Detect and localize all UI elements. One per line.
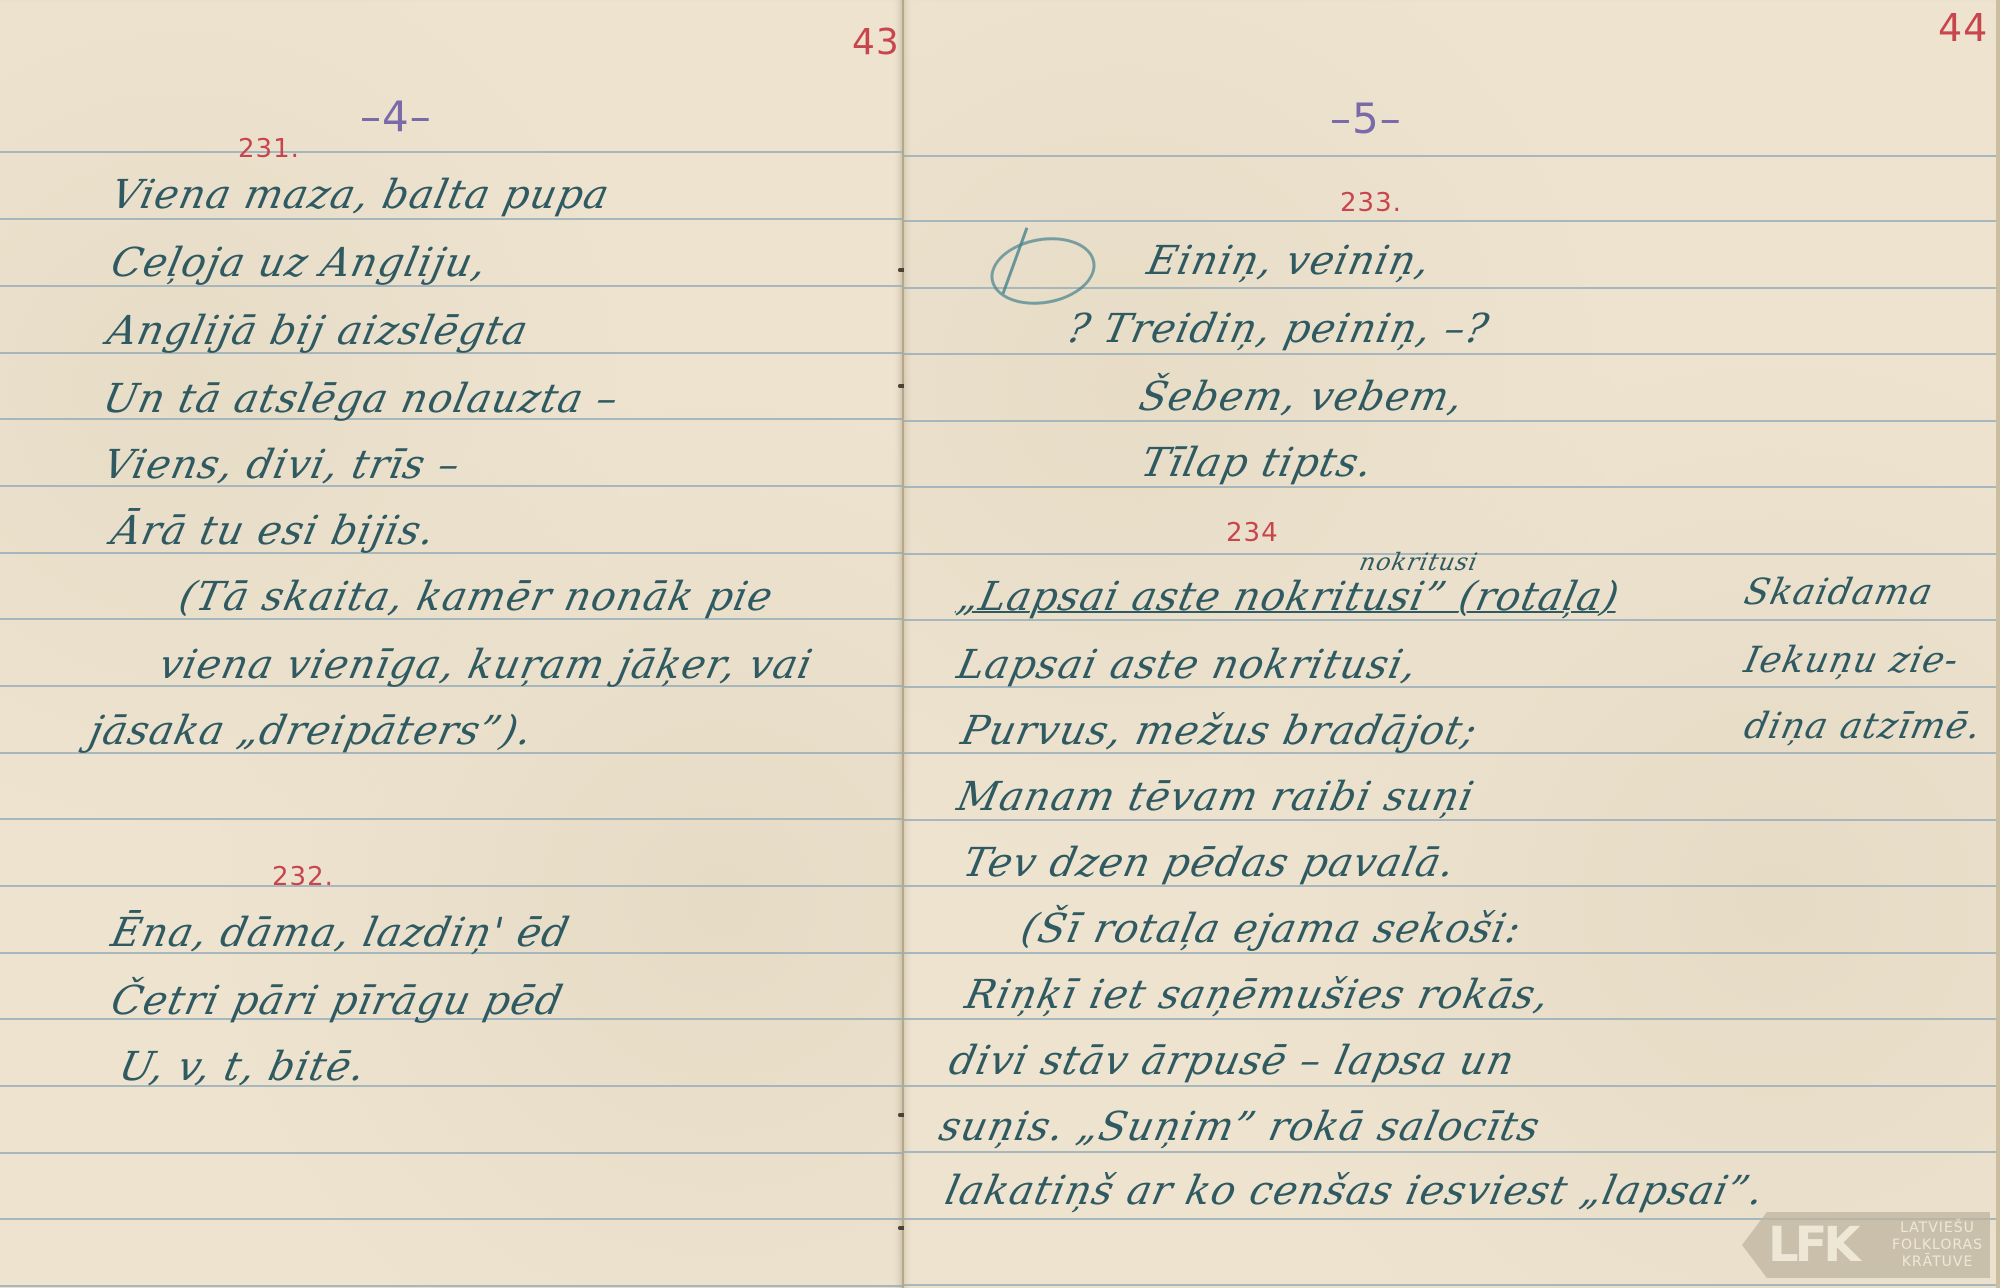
margin-note-line: diņa atzīmē.	[1741, 706, 1986, 747]
verse-line: Tīlap tipts.	[1137, 440, 1377, 486]
archive-watermark-logo: LFK LATVIEŠU FOLKLORAS KRĀTUVE	[1742, 1212, 1990, 1278]
verse-line: U, v, t, bitē.	[115, 1044, 370, 1090]
ruled-line	[0, 1285, 902, 1287]
ruled-line	[904, 1151, 1996, 1153]
verse-line: Ārā tu esi bijis.	[107, 508, 439, 554]
verse-line: Šebem, vebem,	[1135, 374, 1468, 420]
verse-line: Četri pāri pīrāgu pēd	[107, 978, 567, 1024]
margin-note-line: Iekuņu zie-	[1741, 640, 1963, 681]
ruled-line	[904, 1085, 1996, 1087]
entry-number: 232.	[272, 862, 334, 892]
verse-line: Ēna, dāma, lazdiņ' ēd	[107, 910, 574, 956]
verse-line: Purvus, mežus bradājot;	[957, 708, 1482, 754]
archive-page-number: 44	[1938, 6, 1988, 50]
inserted-word: nokritusi	[1357, 548, 1481, 576]
verse-line: Viena maza, balta pupa	[107, 172, 614, 218]
margin-note-line: Skaidama	[1741, 572, 1937, 613]
ruled-line	[0, 1152, 902, 1154]
note-line: viena vienīga, kuŗam jāķer, vai	[155, 642, 817, 688]
ruled-line	[904, 220, 1996, 222]
entry-number: 234	[1226, 518, 1279, 548]
entry-number: 233.	[1340, 188, 1402, 218]
verse-line: Lapsai aste nokritusi,	[953, 642, 1421, 688]
left-page: 43. –4– 231. Viena maza, balta pupa Ceļo…	[0, 0, 902, 1288]
logo-line: FOLKLORAS	[1892, 1237, 1983, 1254]
ruled-line	[0, 151, 902, 153]
logo-line: KRĀTUVE	[1892, 1254, 1983, 1271]
verse-line: Ceļoja uz Angliju,	[107, 240, 491, 286]
note-line: suņis. „Suņim” rokā salocīts	[935, 1104, 1544, 1150]
logo-line: LATVIEŠU	[1892, 1220, 1983, 1237]
verse-line: Manam tēvam raibi suņi	[953, 774, 1478, 820]
notebook-spread: 43. –4– 231. Viena maza, balta pupa Ceļo…	[0, 0, 2000, 1288]
ruled-line	[904, 420, 1996, 422]
ruled-line	[904, 353, 1996, 355]
page-edge	[1996, 0, 2000, 1288]
note-line: divi stāv ārpusē – lapsa un	[945, 1038, 1519, 1084]
ruled-line	[904, 486, 1996, 488]
ruled-line	[0, 1218, 902, 1220]
verse-line: Einiņ, veiniņ,	[1143, 238, 1435, 284]
ruled-line	[0, 885, 902, 887]
logo-text: LATVIEŠU FOLKLORAS KRĀTUVE	[1892, 1220, 1983, 1271]
verse-line: Viens, divi, trīs –	[99, 442, 465, 488]
notebook-page-number: –4–	[360, 92, 432, 141]
notebook-page-number: –5–	[1330, 94, 1402, 143]
ruled-line	[904, 952, 1996, 954]
note-line: Riņķī iet saņēmušies rokās,	[961, 972, 1554, 1018]
verse-line: Anglijā bij aizslēgta	[103, 308, 532, 354]
ruled-line	[904, 155, 1996, 157]
ruled-line	[904, 1284, 1996, 1286]
ruled-line	[904, 1018, 1996, 1020]
note-line: (Tā skaita, kamēr nonāk pie	[175, 574, 777, 620]
verse-line: ? Treidiņ, peiniņ, –?	[1063, 306, 1493, 352]
ruled-line	[0, 818, 902, 820]
note-line: lakatiņš ar ko cenšas iesviest „lapsai”.	[941, 1168, 1768, 1214]
verse-line: Un tā atslēga nolauzta –	[99, 376, 623, 422]
note-line: (Šī rotaļa ejama sekoši:	[1017, 906, 1526, 952]
entry-title: „Lapsai aste nokritusi” (rotaļa)	[953, 574, 1624, 620]
entry-number: 231.	[238, 134, 300, 164]
logo-mark-icon: LFK	[1768, 1218, 1857, 1272]
note-line: jāsaka „dreipāters”).	[85, 708, 537, 754]
verse-line: Tev dzen pēdas pavalā.	[959, 840, 1459, 886]
ruled-line	[0, 218, 902, 220]
